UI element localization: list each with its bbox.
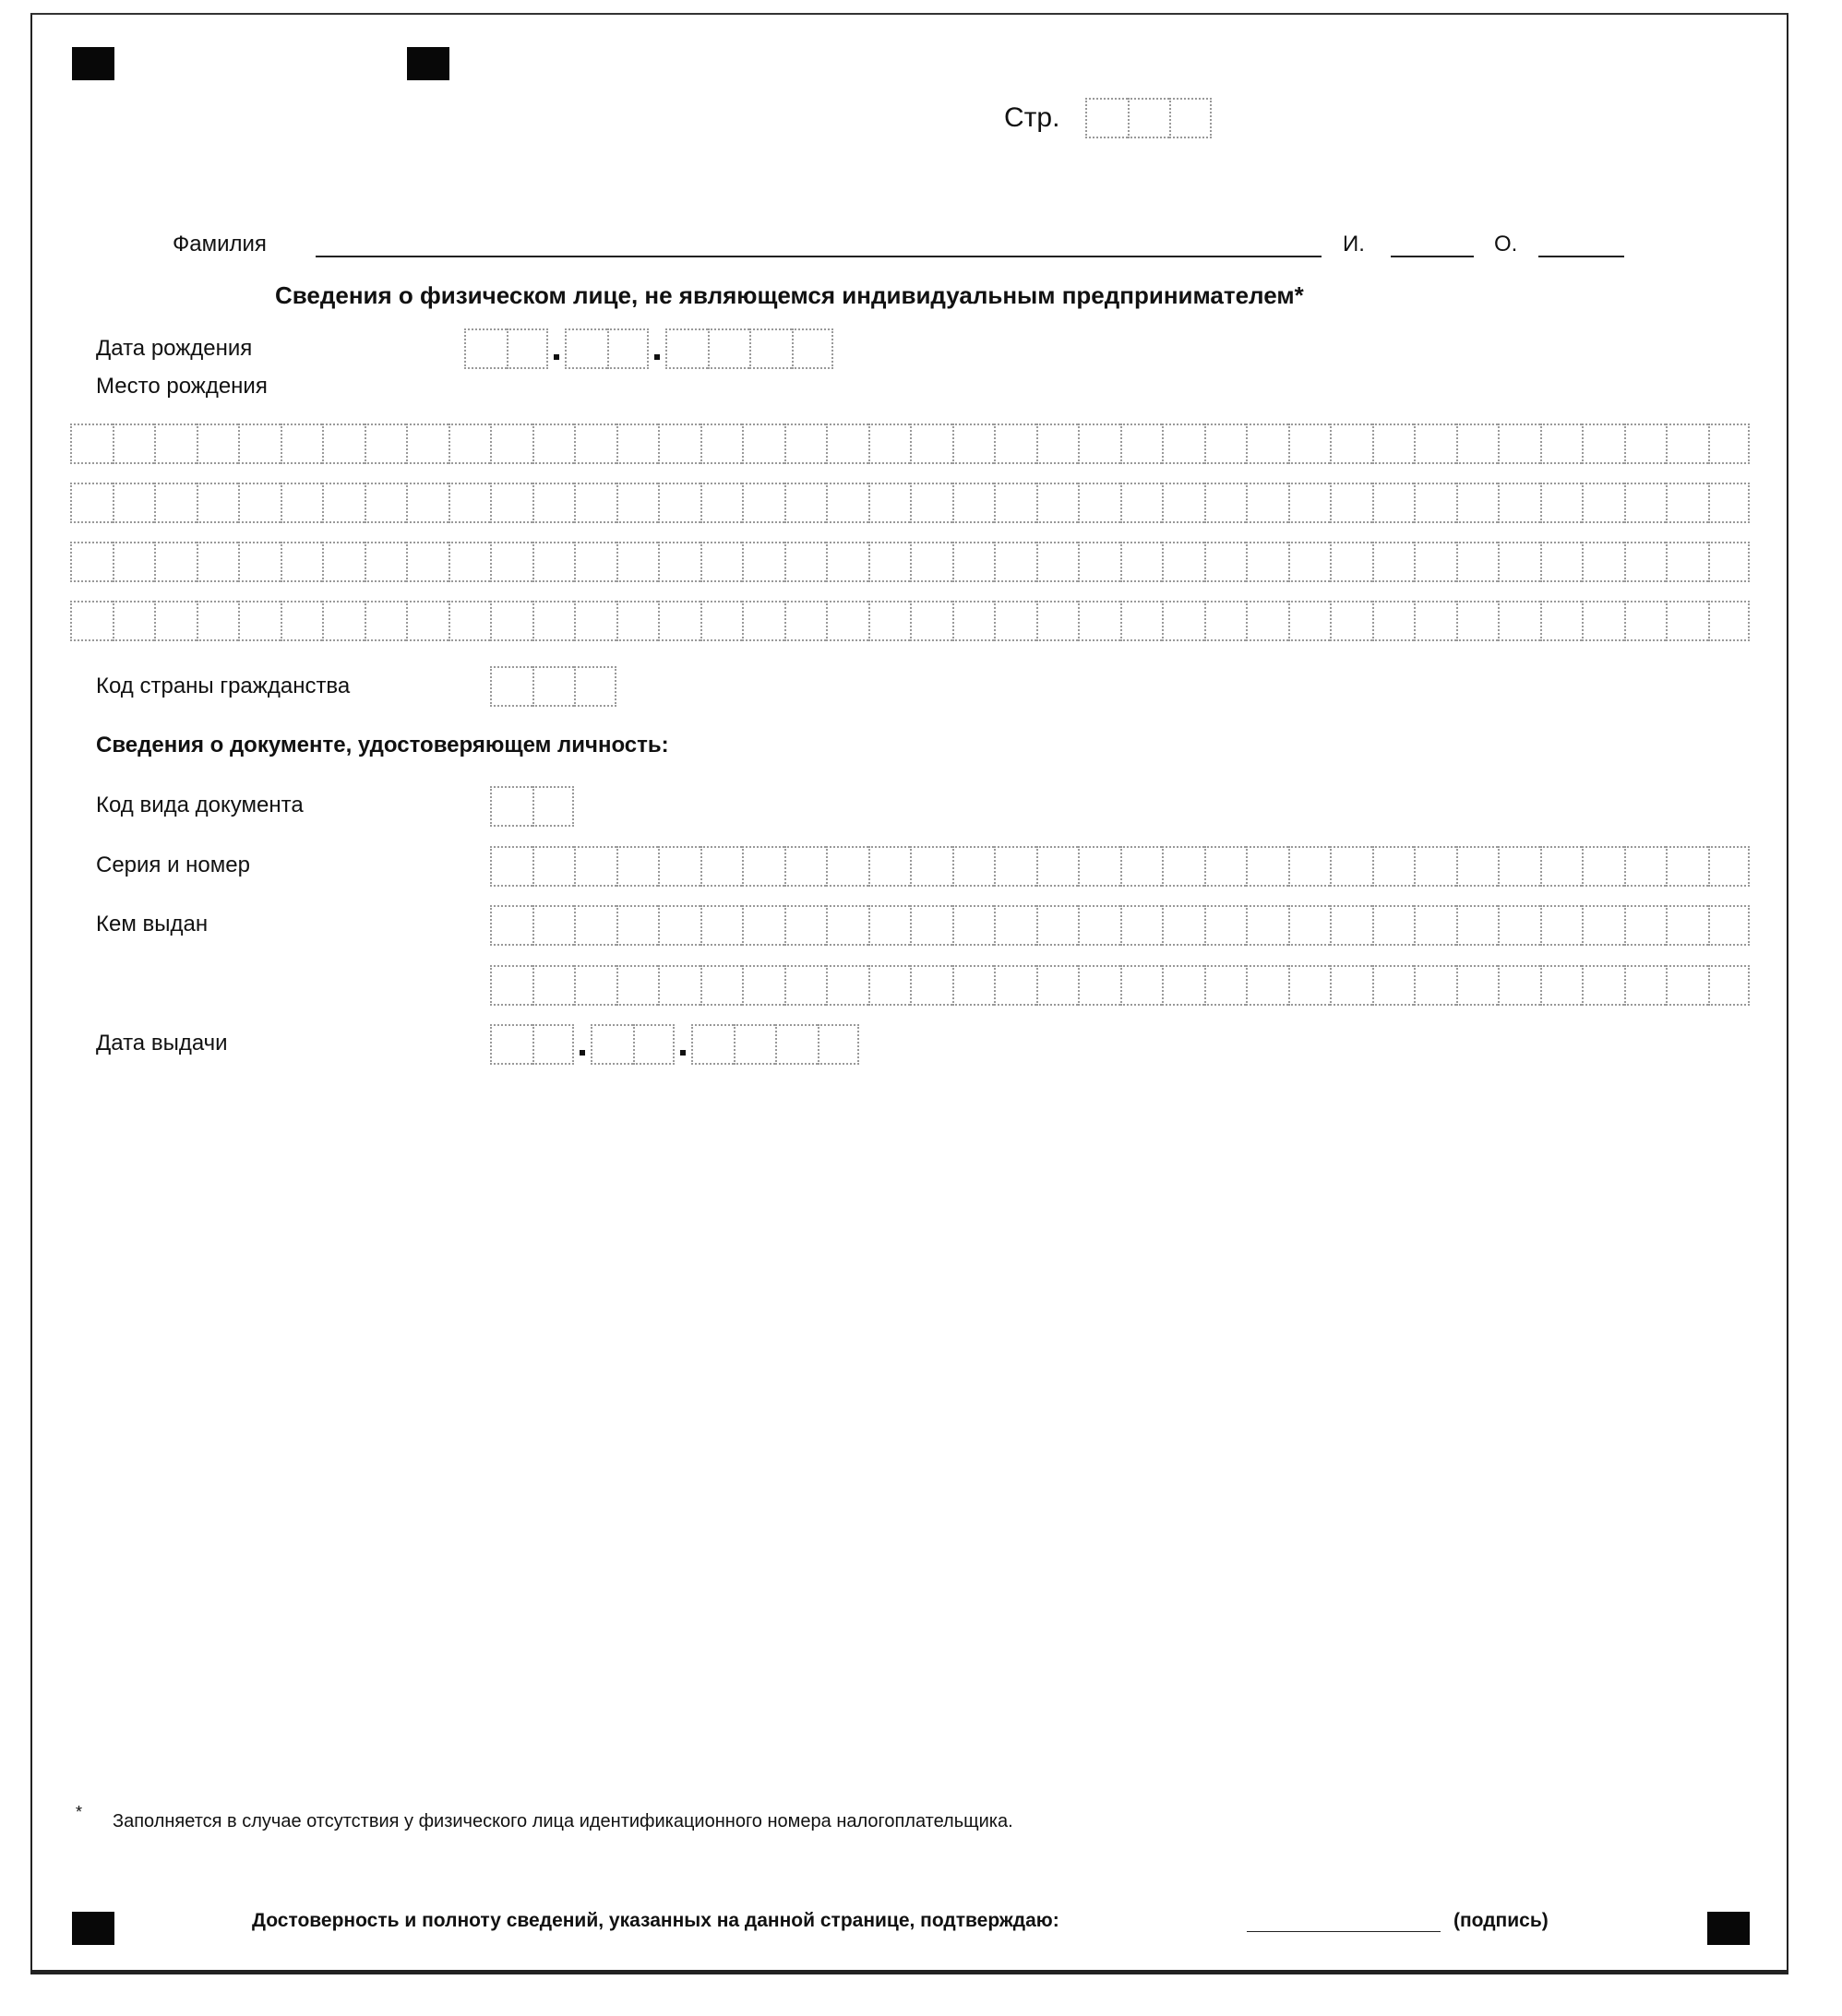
input-cell[interactable] xyxy=(1414,905,1456,946)
input-cell[interactable] xyxy=(1666,483,1708,523)
input-cell[interactable] xyxy=(1372,542,1415,582)
input-cell[interactable] xyxy=(574,666,616,707)
input-cell[interactable] xyxy=(1330,423,1372,464)
input-cell[interactable] xyxy=(532,542,575,582)
input-cell[interactable] xyxy=(868,483,911,523)
input-cell[interactable] xyxy=(1120,905,1163,946)
input-cell[interactable] xyxy=(574,601,616,641)
input-cell[interactable] xyxy=(449,483,491,523)
input-cell[interactable] xyxy=(1246,601,1288,641)
input-cell[interactable] xyxy=(1708,542,1751,582)
first-initial-field[interactable] xyxy=(1391,256,1474,257)
input-cell[interactable] xyxy=(532,666,575,707)
input-cell[interactable] xyxy=(1624,542,1667,582)
input-cell[interactable] xyxy=(1666,423,1708,464)
input-cell[interactable] xyxy=(994,542,1036,582)
input-cell[interactable] xyxy=(1078,601,1120,641)
input-cell[interactable] xyxy=(1204,423,1247,464)
input-cell[interactable] xyxy=(1666,542,1708,582)
input-cell[interactable] xyxy=(658,846,700,887)
input-cell[interactable] xyxy=(1540,965,1583,1006)
input-cell[interactable] xyxy=(406,542,449,582)
input-cell[interactable] xyxy=(1288,542,1331,582)
input-cell[interactable] xyxy=(281,542,323,582)
input-cell[interactable] xyxy=(1540,423,1583,464)
input-cell[interactable] xyxy=(1204,601,1247,641)
input-cell[interactable] xyxy=(1204,965,1247,1006)
input-cell[interactable] xyxy=(70,483,113,523)
input-cell[interactable] xyxy=(1456,423,1499,464)
input-cell[interactable] xyxy=(565,328,607,369)
date-part[interactable] xyxy=(565,328,649,369)
input-cell[interactable] xyxy=(616,965,659,1006)
input-cell[interactable] xyxy=(691,1024,734,1065)
input-cell[interactable] xyxy=(197,542,239,582)
input-cell[interactable] xyxy=(1078,423,1120,464)
grid-row[interactable] xyxy=(70,542,1750,582)
input-cell[interactable] xyxy=(1414,846,1456,887)
input-cell[interactable] xyxy=(1708,846,1751,887)
input-cell[interactable] xyxy=(197,423,239,464)
citizenship-label: Код страны гражданства xyxy=(96,675,350,698)
input-cell[interactable] xyxy=(1128,98,1170,138)
input-cell[interactable] xyxy=(1330,905,1372,946)
input-cell[interactable] xyxy=(868,601,911,641)
input-cell[interactable] xyxy=(1162,601,1204,641)
input-cell[interactable] xyxy=(1414,483,1456,523)
input-cell[interactable] xyxy=(1288,423,1331,464)
input-cell[interactable] xyxy=(574,905,616,946)
input-cell[interactable] xyxy=(868,542,911,582)
input-cell[interactable] xyxy=(1624,905,1667,946)
input-cell[interactable] xyxy=(1666,846,1708,887)
issue-date-field[interactable] xyxy=(490,1024,859,1065)
input-cell[interactable] xyxy=(1078,483,1120,523)
input-cell[interactable] xyxy=(1582,965,1624,1006)
input-cell[interactable] xyxy=(1288,483,1331,523)
input-cell[interactable] xyxy=(507,328,549,369)
input-cell[interactable] xyxy=(406,423,449,464)
input-cell[interactable] xyxy=(490,423,532,464)
input-cell[interactable] xyxy=(994,965,1036,1006)
surname-label: Фамилия xyxy=(173,233,267,256)
input-cell[interactable] xyxy=(910,965,952,1006)
input-cell[interactable] xyxy=(868,905,911,946)
input-cell[interactable] xyxy=(322,423,365,464)
input-cell[interactable] xyxy=(826,423,868,464)
input-cell[interactable] xyxy=(490,483,532,523)
input-cell[interactable] xyxy=(700,483,743,523)
input-cell[interactable] xyxy=(616,483,659,523)
grid-row[interactable] xyxy=(70,483,1750,523)
input-cell[interactable] xyxy=(658,483,700,523)
input-cell[interactable] xyxy=(1582,905,1624,946)
input-cell[interactable] xyxy=(952,846,995,887)
grid-row[interactable] xyxy=(490,905,1750,946)
grid-row[interactable] xyxy=(70,423,1750,464)
input-cell[interactable] xyxy=(792,328,834,369)
input-cell[interactable] xyxy=(490,1024,532,1065)
input-cell[interactable] xyxy=(238,483,281,523)
page-number-field[interactable] xyxy=(1085,98,1212,138)
input-cell[interactable] xyxy=(616,846,659,887)
surname-field[interactable] xyxy=(316,256,1322,257)
input-cell[interactable] xyxy=(994,423,1036,464)
input-cell[interactable] xyxy=(1204,846,1247,887)
input-cell[interactable] xyxy=(658,542,700,582)
input-cell[interactable] xyxy=(868,846,911,887)
input-cell[interactable] xyxy=(1036,846,1079,887)
input-cell[interactable] xyxy=(1456,905,1499,946)
input-cell[interactable] xyxy=(1120,483,1163,523)
input-cell[interactable] xyxy=(1540,483,1583,523)
input-cell[interactable] xyxy=(1414,423,1456,464)
input-cell[interactable] xyxy=(784,423,827,464)
input-cell[interactable] xyxy=(952,965,995,1006)
input-cell[interactable] xyxy=(532,965,575,1006)
input-cell[interactable] xyxy=(1246,542,1288,582)
input-cell[interactable] xyxy=(532,846,575,887)
input-cell[interactable] xyxy=(1582,846,1624,887)
input-cell[interactable] xyxy=(1498,601,1540,641)
input-cell[interactable] xyxy=(826,542,868,582)
input-cell[interactable] xyxy=(1288,846,1331,887)
input-cell[interactable] xyxy=(868,423,911,464)
input-cell[interactable] xyxy=(826,965,868,1006)
input-cell[interactable] xyxy=(749,328,792,369)
input-cell[interactable] xyxy=(1162,965,1204,1006)
input-cell[interactable] xyxy=(1456,846,1499,887)
input-cell[interactable] xyxy=(1372,965,1415,1006)
input-cell[interactable] xyxy=(1540,601,1583,641)
input-cell[interactable] xyxy=(1456,542,1499,582)
input-cell[interactable] xyxy=(1162,423,1204,464)
input-cell[interactable] xyxy=(70,423,113,464)
citizenship-field[interactable] xyxy=(490,666,616,707)
input-cell[interactable] xyxy=(1036,601,1079,641)
input-cell[interactable] xyxy=(952,601,995,641)
input-cell[interactable] xyxy=(910,905,952,946)
input-cell[interactable] xyxy=(1372,483,1415,523)
input-cell[interactable] xyxy=(1204,542,1247,582)
input-cell[interactable] xyxy=(1246,483,1288,523)
input-cell[interactable] xyxy=(658,905,700,946)
patronymic-initial-field[interactable] xyxy=(1538,256,1624,257)
input-cell[interactable] xyxy=(113,483,155,523)
input-cell[interactable] xyxy=(616,542,659,582)
input-cell[interactable] xyxy=(1288,601,1331,641)
birth-date-field[interactable] xyxy=(464,328,833,369)
input-cell[interactable] xyxy=(1372,846,1415,887)
input-cell[interactable] xyxy=(574,423,616,464)
input-cell[interactable] xyxy=(1498,965,1540,1006)
input-cell[interactable] xyxy=(70,542,113,582)
input-cell[interactable] xyxy=(449,601,491,641)
input-cell[interactable] xyxy=(1078,542,1120,582)
input-cell[interactable] xyxy=(532,423,575,464)
input-cell[interactable] xyxy=(952,423,995,464)
input-cell[interactable] xyxy=(449,423,491,464)
input-cell[interactable] xyxy=(700,965,743,1006)
input-cell[interactable] xyxy=(281,423,323,464)
input-cell[interactable] xyxy=(1582,483,1624,523)
input-cell[interactable] xyxy=(464,328,507,369)
input-cell[interactable] xyxy=(818,1024,860,1065)
input-cell[interactable] xyxy=(700,905,743,946)
input-cell[interactable] xyxy=(1120,423,1163,464)
input-cell[interactable] xyxy=(113,542,155,582)
input-cell[interactable] xyxy=(490,666,532,707)
input-cell[interactable] xyxy=(154,601,197,641)
input-cell[interactable] xyxy=(1624,483,1667,523)
input-cell[interactable] xyxy=(1120,542,1163,582)
input-cell[interactable] xyxy=(1036,483,1079,523)
input-cell[interactable] xyxy=(1498,905,1540,946)
input-cell[interactable] xyxy=(490,905,532,946)
input-cell[interactable] xyxy=(154,423,197,464)
input-cell[interactable] xyxy=(1330,846,1372,887)
input-cell[interactable] xyxy=(1456,483,1499,523)
date-part[interactable] xyxy=(691,1024,859,1065)
input-cell[interactable] xyxy=(784,905,827,946)
input-cell[interactable] xyxy=(700,846,743,887)
input-cell[interactable] xyxy=(322,601,365,641)
input-cell[interactable] xyxy=(952,905,995,946)
input-cell[interactable] xyxy=(70,601,113,641)
input-cell[interactable] xyxy=(1708,483,1751,523)
input-cell[interactable] xyxy=(1330,965,1372,1006)
input-cell[interactable] xyxy=(1372,905,1415,946)
input-cell[interactable] xyxy=(1414,542,1456,582)
input-cell[interactable] xyxy=(742,423,784,464)
input-cell[interactable] xyxy=(1085,98,1128,138)
input-cell[interactable] xyxy=(826,483,868,523)
input-cell[interactable] xyxy=(910,846,952,887)
series-number-field[interactable] xyxy=(490,846,1750,887)
input-cell[interactable] xyxy=(1162,846,1204,887)
input-cell[interactable] xyxy=(1036,542,1079,582)
input-cell[interactable] xyxy=(1246,905,1288,946)
input-cell[interactable] xyxy=(490,786,532,827)
doc-type-field[interactable] xyxy=(490,786,574,827)
input-cell[interactable] xyxy=(994,601,1036,641)
input-cell[interactable] xyxy=(1708,601,1751,641)
input-cell[interactable] xyxy=(1540,846,1583,887)
input-cell[interactable] xyxy=(784,542,827,582)
input-cell[interactable] xyxy=(281,601,323,641)
input-cell[interactable] xyxy=(826,601,868,641)
input-cell[interactable] xyxy=(1708,423,1751,464)
input-cell[interactable] xyxy=(1456,601,1499,641)
input-cell[interactable] xyxy=(700,423,743,464)
input-cell[interactable] xyxy=(1582,423,1624,464)
input-cell[interactable] xyxy=(490,542,532,582)
input-cell[interactable] xyxy=(1708,965,1751,1006)
date-part[interactable] xyxy=(464,328,548,369)
input-cell[interactable] xyxy=(1624,601,1667,641)
input-cell[interactable] xyxy=(532,905,575,946)
input-cell[interactable] xyxy=(197,601,239,641)
input-cell[interactable] xyxy=(365,423,407,464)
input-cell[interactable] xyxy=(784,846,827,887)
input-cell[interactable] xyxy=(952,542,995,582)
date-part[interactable] xyxy=(490,1024,574,1065)
input-cell[interactable] xyxy=(1708,905,1751,946)
input-cell[interactable] xyxy=(734,1024,776,1065)
input-cell[interactable] xyxy=(1666,965,1708,1006)
input-cell[interactable] xyxy=(616,905,659,946)
input-cell[interactable] xyxy=(616,423,659,464)
input-cell[interactable] xyxy=(784,483,827,523)
input-cell[interactable] xyxy=(742,483,784,523)
input-cell[interactable] xyxy=(1120,846,1163,887)
input-cell[interactable] xyxy=(658,965,700,1006)
input-cell[interactable] xyxy=(365,483,407,523)
input-cell[interactable] xyxy=(868,965,911,1006)
input-cell[interactable] xyxy=(1372,423,1415,464)
input-cell[interactable] xyxy=(322,542,365,582)
date-separator-dot xyxy=(675,1024,691,1065)
grid-row[interactable] xyxy=(490,965,1750,1006)
input-cell[interactable] xyxy=(113,601,155,641)
input-cell[interactable] xyxy=(1078,905,1120,946)
input-cell[interactable] xyxy=(406,601,449,641)
input-cell[interactable] xyxy=(532,786,575,827)
input-cell[interactable] xyxy=(197,483,239,523)
input-cell[interactable] xyxy=(365,601,407,641)
input-cell[interactable] xyxy=(708,328,750,369)
input-cell[interactable] xyxy=(1246,846,1288,887)
input-cell[interactable] xyxy=(1666,601,1708,641)
input-cell[interactable] xyxy=(1120,965,1163,1006)
input-cell[interactable] xyxy=(1624,965,1667,1006)
input-cell[interactable] xyxy=(238,542,281,582)
input-cell[interactable] xyxy=(1162,483,1204,523)
input-cell[interactable] xyxy=(406,483,449,523)
input-cell[interactable] xyxy=(1582,601,1624,641)
input-cell[interactable] xyxy=(700,601,743,641)
input-cell[interactable] xyxy=(1288,965,1331,1006)
input-cell[interactable] xyxy=(910,483,952,523)
date-separator-dot xyxy=(574,1024,591,1065)
input-cell[interactable] xyxy=(1498,423,1540,464)
input-cell[interactable] xyxy=(742,846,784,887)
input-cell[interactable] xyxy=(775,1024,818,1065)
input-cell[interactable] xyxy=(1540,905,1583,946)
input-cell[interactable] xyxy=(1414,601,1456,641)
input-cell[interactable] xyxy=(1162,905,1204,946)
input-cell[interactable] xyxy=(1169,98,1212,138)
input-cell[interactable] xyxy=(1624,846,1667,887)
input-cell[interactable] xyxy=(994,483,1036,523)
input-cell[interactable] xyxy=(1498,483,1540,523)
input-cell[interactable] xyxy=(449,542,491,582)
input-cell[interactable] xyxy=(910,423,952,464)
input-cell[interactable] xyxy=(574,846,616,887)
input-cell[interactable] xyxy=(742,542,784,582)
input-cell[interactable] xyxy=(490,965,532,1006)
input-cell[interactable] xyxy=(154,483,197,523)
input-cell[interactable] xyxy=(616,601,659,641)
input-cell[interactable] xyxy=(322,483,365,523)
input-cell[interactable] xyxy=(574,542,616,582)
input-cell[interactable] xyxy=(1120,601,1163,641)
input-cell[interactable] xyxy=(1624,423,1667,464)
input-cell[interactable] xyxy=(1036,965,1079,1006)
input-cell[interactable] xyxy=(700,542,743,582)
input-cell[interactable] xyxy=(281,483,323,523)
input-cell[interactable] xyxy=(910,542,952,582)
input-cell[interactable] xyxy=(607,328,650,369)
input-cell[interactable] xyxy=(826,846,868,887)
input-cell[interactable] xyxy=(1204,483,1247,523)
input-cell[interactable] xyxy=(238,601,281,641)
input-cell[interactable] xyxy=(591,1024,633,1065)
input-cell[interactable] xyxy=(1666,905,1708,946)
input-cell[interactable] xyxy=(1372,601,1415,641)
input-cell[interactable] xyxy=(1330,483,1372,523)
input-cell[interactable] xyxy=(1036,905,1079,946)
input-cell[interactable] xyxy=(1288,905,1331,946)
input-cell[interactable] xyxy=(994,846,1036,887)
input-cell[interactable] xyxy=(1456,965,1499,1006)
signature-field[interactable] xyxy=(1247,1931,1441,1932)
input-cell[interactable] xyxy=(952,483,995,523)
input-cell[interactable] xyxy=(742,905,784,946)
input-cell[interactable] xyxy=(532,601,575,641)
input-cell[interactable] xyxy=(238,423,281,464)
input-cell[interactable] xyxy=(784,965,827,1006)
input-cell[interactable] xyxy=(1246,423,1288,464)
input-cell[interactable] xyxy=(1414,965,1456,1006)
input-cell[interactable] xyxy=(532,483,575,523)
input-cell[interactable] xyxy=(658,601,700,641)
input-cell[interactable] xyxy=(826,905,868,946)
input-cell[interactable] xyxy=(1246,965,1288,1006)
input-cell[interactable] xyxy=(1540,542,1583,582)
input-cell[interactable] xyxy=(665,328,708,369)
input-cell[interactable] xyxy=(574,965,616,1006)
input-cell[interactable] xyxy=(1078,846,1120,887)
date-part[interactable] xyxy=(591,1024,675,1065)
input-cell[interactable] xyxy=(1330,601,1372,641)
input-cell[interactable] xyxy=(154,542,197,582)
input-cell[interactable] xyxy=(658,423,700,464)
input-cell[interactable] xyxy=(1330,542,1372,582)
input-cell[interactable] xyxy=(113,423,155,464)
input-cell[interactable] xyxy=(994,905,1036,946)
input-cell[interactable] xyxy=(490,846,532,887)
input-cell[interactable] xyxy=(910,601,952,641)
input-cell[interactable] xyxy=(365,542,407,582)
input-cell[interactable] xyxy=(1498,542,1540,582)
input-cell[interactable] xyxy=(490,601,532,641)
input-cell[interactable] xyxy=(633,1024,676,1065)
input-cell[interactable] xyxy=(532,1024,575,1065)
date-part[interactable] xyxy=(665,328,833,369)
input-cell[interactable] xyxy=(574,483,616,523)
input-cell[interactable] xyxy=(1036,423,1079,464)
input-cell[interactable] xyxy=(1498,846,1540,887)
grid-row[interactable] xyxy=(70,601,1750,641)
input-cell[interactable] xyxy=(1582,542,1624,582)
input-cell[interactable] xyxy=(1162,542,1204,582)
input-cell[interactable] xyxy=(1204,905,1247,946)
input-cell[interactable] xyxy=(784,601,827,641)
input-cell[interactable] xyxy=(1078,965,1120,1006)
input-cell[interactable] xyxy=(742,601,784,641)
input-cell[interactable] xyxy=(742,965,784,1006)
